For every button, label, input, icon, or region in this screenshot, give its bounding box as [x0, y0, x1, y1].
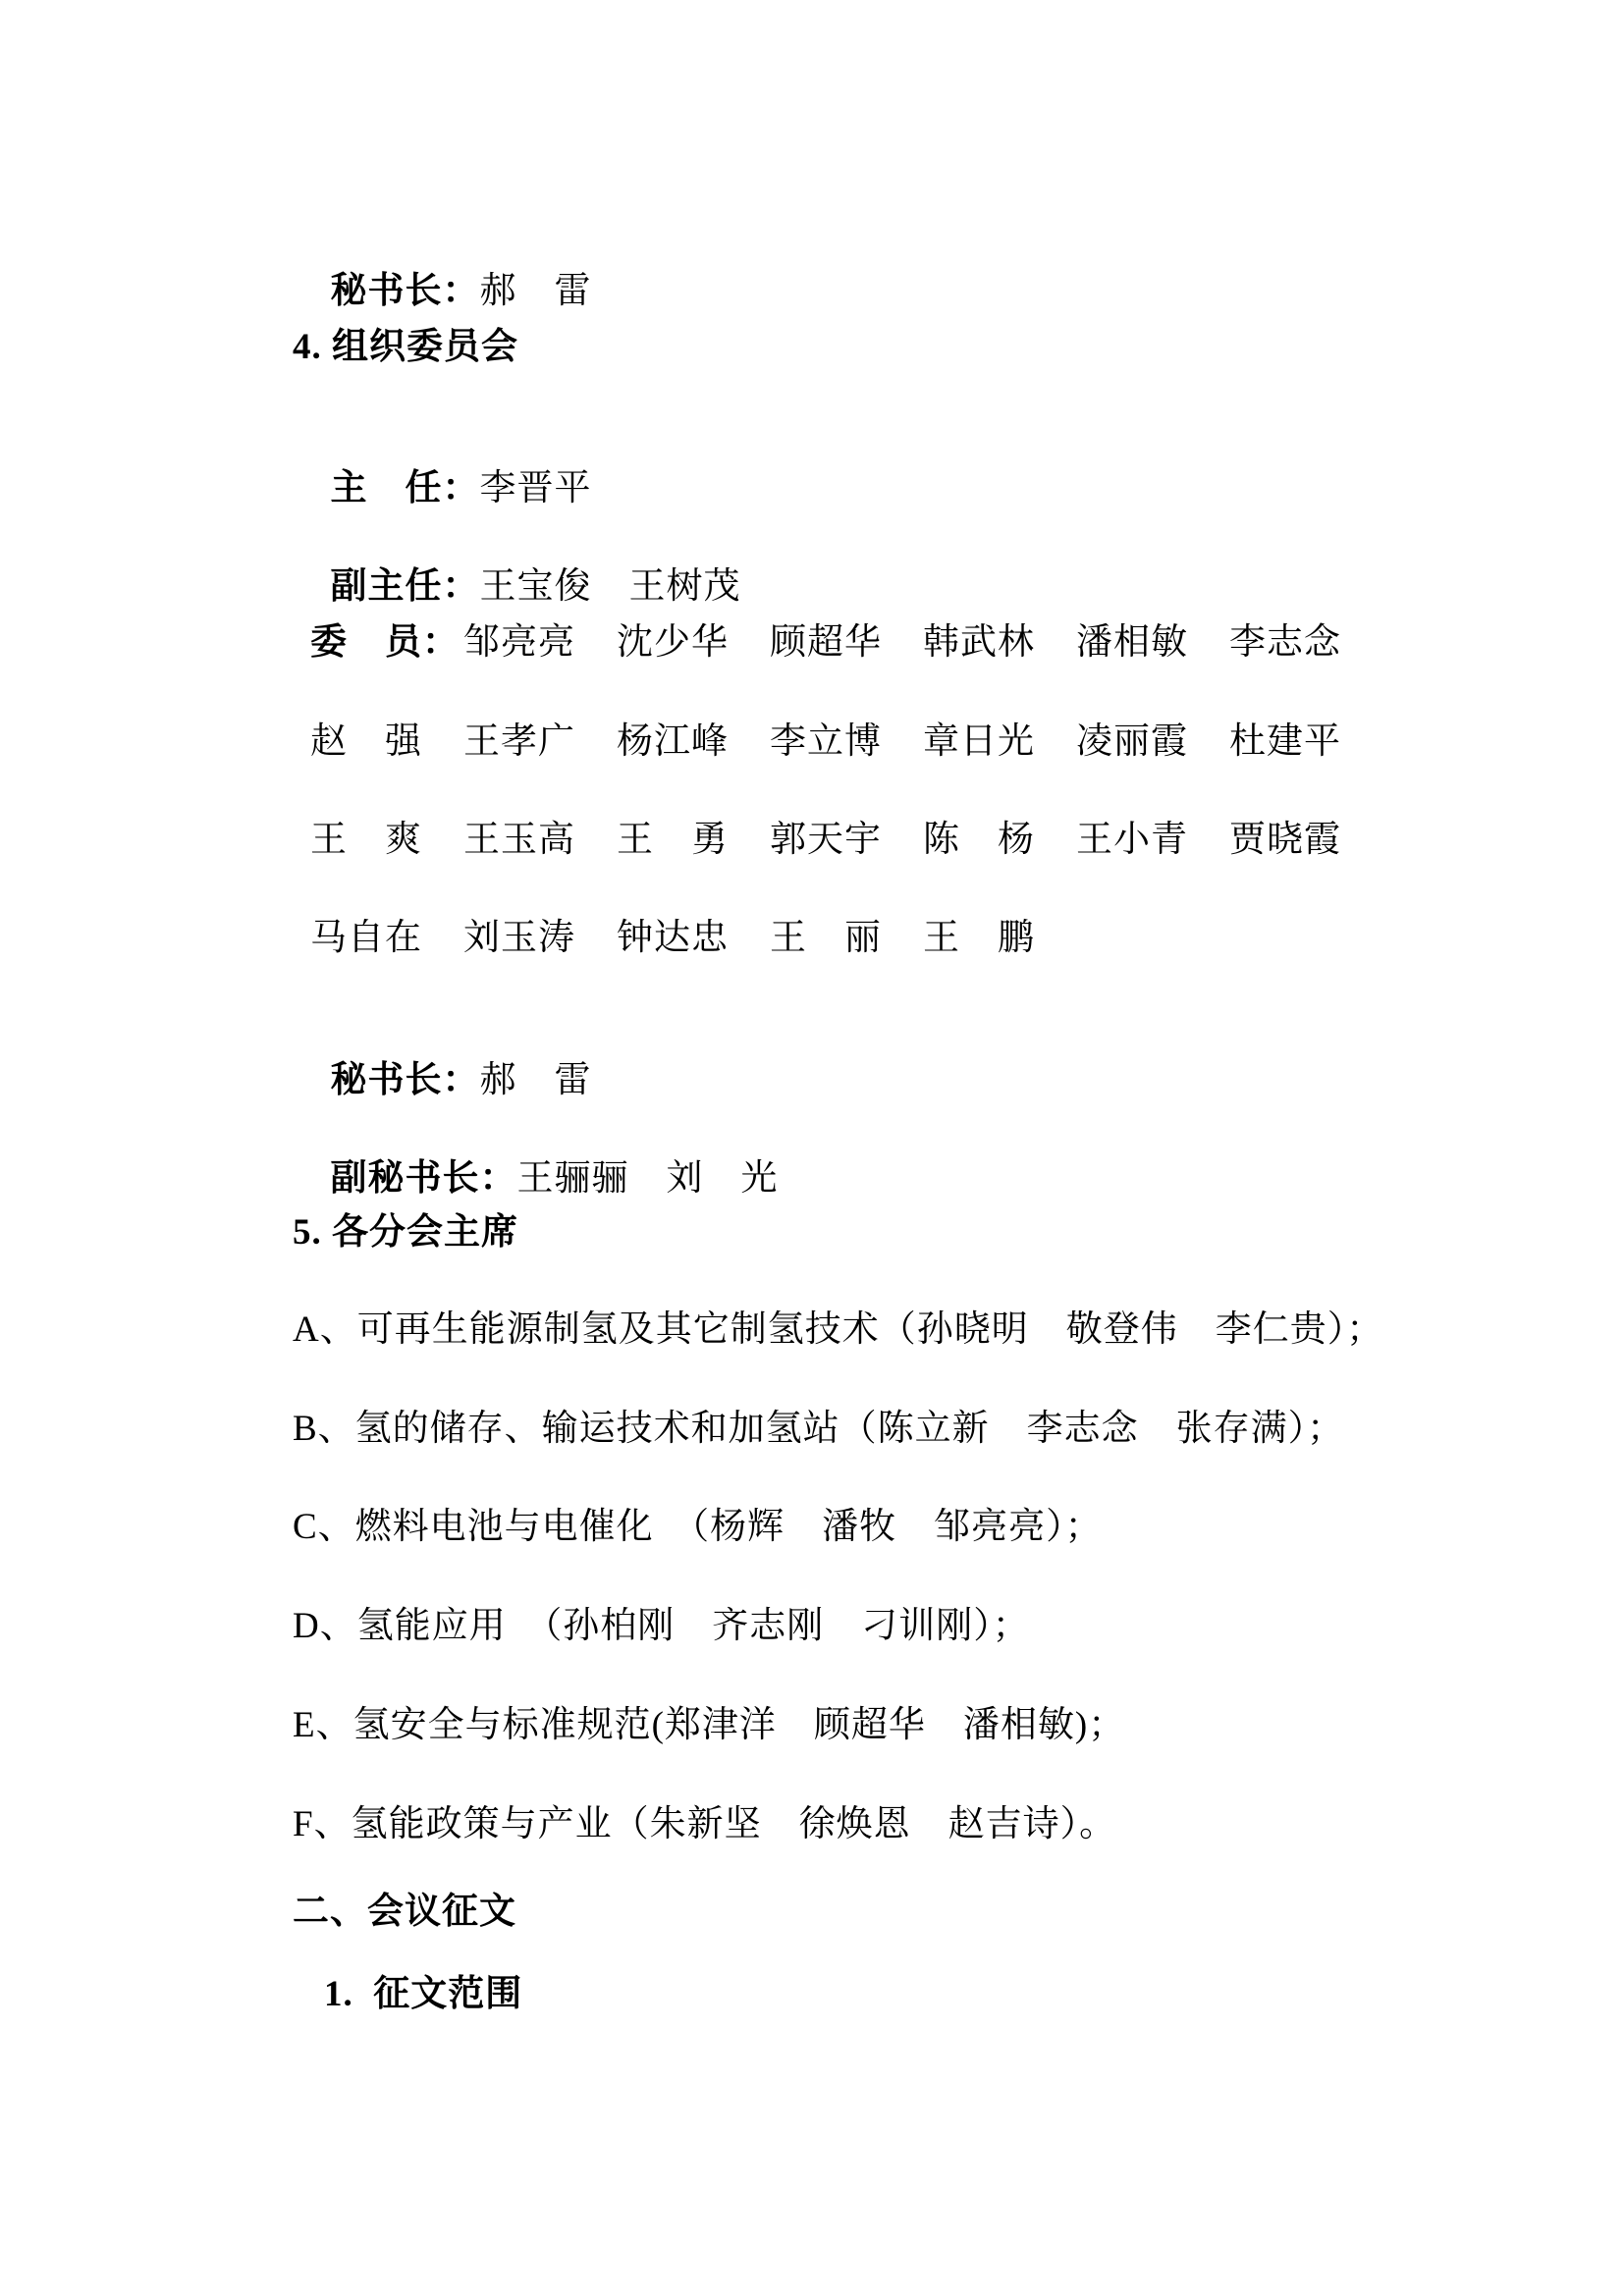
member-name: 凌丽霞	[1076, 721, 1188, 764]
secretary-general-label: 秘书长：	[331, 1060, 480, 1100]
member-name: 王 爽	[310, 819, 422, 862]
member-name: 王玉高	[463, 819, 575, 862]
member-name: 王 鹏	[923, 917, 1035, 960]
member-name: 陈 杨	[923, 819, 1035, 862]
member-name: 赵 强	[310, 721, 422, 764]
member-name: 杜建平	[1229, 721, 1341, 764]
session-item-f: F、氢能政策与产业（朱新坚 徐焕恩 赵吉诗）。	[293, 1803, 1116, 1846]
section2-heading: 二、会议征文	[293, 1891, 516, 1934]
secretary-general-line-top: 秘书长：郝 雷	[310, 227, 592, 313]
member-name: 王 丽	[770, 917, 882, 960]
deputy-director-line: 副主任：王宝俊 王树茂	[310, 522, 741, 609]
director-value: 李晋平	[480, 468, 592, 508]
member-name: 潘相敏	[1076, 621, 1188, 665]
member-name: 王孝广	[463, 721, 575, 764]
member-name: 王 勇	[617, 819, 729, 862]
member-name: 杨江峰	[617, 721, 729, 764]
member-name: 章日光	[923, 721, 1035, 764]
member-name: 钟达忠	[617, 917, 729, 960]
members-label: 委 员：	[310, 621, 460, 665]
session-item-d: D、氢能应用 （孙柏刚 齐志刚 刁训刚）；	[293, 1605, 1030, 1648]
session-item-e: E、氢安全与标准规范(郑津洋 顾超华 潘相敏)；	[293, 1704, 1125, 1747]
member-name: 沈少华	[617, 621, 729, 665]
director-label: 主 任：	[331, 468, 480, 508]
director-line: 主 任：李晋平	[310, 424, 592, 510]
deputy-secretary-general-value: 王骊骊 刘 光	[517, 1158, 779, 1199]
deputy-secretary-general-line: 副秘书长：王骊骊 刘 光	[310, 1114, 779, 1201]
member-name: 韩武林	[923, 621, 1035, 665]
session-item-b: B、氢的储存、输运技术和加氢站（陈立新 李志念 张存满）；	[293, 1408, 1344, 1451]
secretary-general-line: 秘书长：郝 雷	[310, 1016, 592, 1102]
call-for-papers-scope-heading: 1. 征文范围	[324, 1973, 522, 2016]
member-name: 李志念	[1229, 621, 1341, 665]
secretary-general-value: 郝 雷	[480, 1060, 592, 1100]
deputy-director-label: 副主任：	[331, 566, 480, 607]
member-name: 郭天宇	[770, 819, 882, 862]
deputy-director-value: 王宝俊 王树茂	[480, 566, 741, 607]
member-name: 邹亮亮	[463, 621, 575, 665]
member-name: 刘玉涛	[463, 917, 575, 960]
secretary-general-label: 秘书长：	[331, 271, 480, 311]
member-name: 李立博	[770, 721, 882, 764]
session-item-a: A、可再生能源制氢及其它制氢技术（孙晓明 敬登伟 李仁贵）；	[293, 1308, 1383, 1352]
secretary-general-value: 郝 雷	[480, 271, 592, 311]
member-name: 王小青	[1076, 819, 1188, 862]
session-item-c: C、燃料电池与电催化 （杨辉 潘牧 邹亮亮）；	[293, 1506, 1103, 1549]
member-name: 马自在	[310, 917, 422, 960]
member-name: 贾晓霞	[1229, 819, 1341, 862]
sessions-heading: 5. 各分会主席	[293, 1211, 518, 1255]
member-name: 顾超华	[770, 621, 882, 665]
deputy-secretary-general-label: 副秘书长：	[331, 1158, 517, 1199]
org-committee-heading: 4. 组织委员会	[293, 326, 518, 369]
